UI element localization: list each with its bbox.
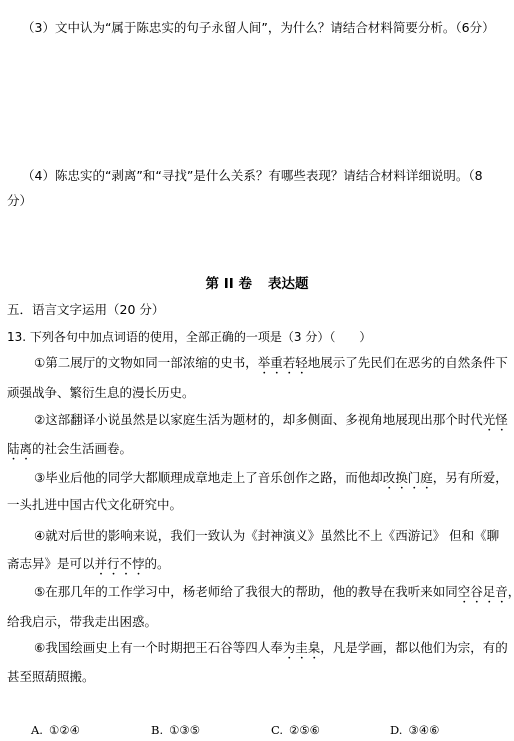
question-3: （3）文中认为“属于陈忠实的句子永留人间”，为什么？请结合材料简要分析。（6分） <box>22 20 495 36</box>
dotted-word: 陆离 <box>7 441 32 456</box>
choice-letter: B. <box>151 723 163 737</box>
text: 给我启示，带我走出困惑。 <box>7 614 157 629</box>
section-title-type: 表达题 <box>268 276 309 292</box>
option-4-line-2: 斋志异》是可以并行不悖的。 <box>7 556 170 578</box>
text: ③毕业后他的同学大都顺理成章地走上了音乐创作之路，而他却 <box>34 470 383 485</box>
option-3-line-2: 一头扎进中国古代文化研究中。 <box>7 497 182 513</box>
option-5-line-2: 给我启示，带我走出困惑。 <box>7 614 157 630</box>
part-heading: 五．语言文字运用（20 分） <box>7 302 164 318</box>
text: 一头扎进中国古代文化研究中。 <box>7 497 182 512</box>
dotted-word: 并行不悖 <box>95 556 145 571</box>
option-6-line-2: 甚至照葫照搬。 <box>7 669 95 685</box>
text: 斋志异》是可以 <box>7 556 95 571</box>
dotted-word: 空谷足音 <box>458 584 508 599</box>
text: ⑥我国绘画史上有一个时期把王石谷等四人奉 <box>34 640 283 655</box>
text: ，凡是学画，都以他们为宗，有的 <box>320 640 508 655</box>
choice-value: ①②④ <box>49 723 80 737</box>
option-6-line-1: ⑥我国绘画史上有一个时期把王石谷等四人奉为圭臬，凡是学画，都以他们为宗，有的 <box>34 640 508 662</box>
section-title: 第 II 卷表达题 <box>0 276 514 292</box>
dotted-word: 为圭臬 <box>283 640 321 655</box>
option-2-line-1: ②这部翻译小说虽然是以家庭生活为题材的，却多侧面、多视角地展现出那个时代光怪 <box>34 412 508 434</box>
text: 的社会生活画卷。 <box>32 441 132 456</box>
question-4-line-2: 分） <box>7 193 32 209</box>
text: ④就对后世的影响来说，我们一致认为《封神演义》虽然比不上《西游记》 但和《聊 <box>34 528 499 543</box>
section-title-volume: 第 II 卷 <box>206 276 252 292</box>
text: 地展示了先民们在恶劣的自然条件下 <box>308 355 508 370</box>
choice-value: ②⑤⑥ <box>289 723 320 737</box>
dotted-word: 举重若轻 <box>258 355 308 370</box>
text: ，另有所爱， <box>433 470 508 485</box>
question-4-line-1: （4）陈忠实的“剥离”和“寻找”是什么关系？有哪些表现？请结合材料详细说明。（8 <box>22 168 483 184</box>
option-1-line-2: 顽强战争、繁衍生息的漫长历史。 <box>7 385 195 401</box>
option-1-line-1: ①第二展厅的文物如同一部浓缩的史书，举重若轻地展示了先民们在恶劣的自然条件下 <box>34 355 508 377</box>
choice-letter: C. <box>271 723 283 737</box>
text: ②这部翻译小说虽然是以家庭生活为题材的，却多侧面、多视角地展现出那个时代 <box>34 412 483 427</box>
text: ， <box>508 584 514 599</box>
choice-value: ①③⑤ <box>169 723 200 737</box>
choice-b[interactable]: B.①③⑤ <box>151 723 200 737</box>
choice-a[interactable]: A.①②④ <box>31 723 80 737</box>
choice-c[interactable]: C.②⑤⑥ <box>271 723 320 737</box>
option-5-line-1: ⑤在那几年的工作学习中，杨老师给了我很大的帮助，他的教导在我听来如同空谷足音， <box>34 584 514 606</box>
option-4-line-1: ④就对后世的影响来说，我们一致认为《封神演义》虽然比不上《西游记》 但和《聊 <box>34 528 499 544</box>
question-13-stem: 13. 下列各句中加点词语的使用，全部正确的一项是（3 分）（ ） <box>7 329 371 345</box>
text: 顽强战争、繁衍生息的漫长历史。 <box>7 385 195 400</box>
choice-letter: A. <box>31 723 43 737</box>
text: 的。 <box>145 556 170 571</box>
option-2-line-2: 陆离的社会生活画卷。 <box>7 441 132 463</box>
text: ①第二展厅的文物如同一部浓缩的史书， <box>34 355 258 370</box>
text: ⑤在那几年的工作学习中，杨老师给了我很大的帮助，他的教导在我听来如同 <box>34 584 458 599</box>
dotted-word: 改换门庭 <box>383 470 433 485</box>
choice-d[interactable]: D.③④⑥ <box>390 723 439 737</box>
option-3-line-1: ③毕业后他的同学大都顺理成章地走上了音乐创作之路，而他却改换门庭，另有所爱， <box>34 470 508 492</box>
dotted-word: 光怪 <box>483 412 508 427</box>
choice-letter: D. <box>390 723 402 737</box>
text: 甚至照葫照搬。 <box>7 669 95 684</box>
choice-value: ③④⑥ <box>408 723 439 737</box>
